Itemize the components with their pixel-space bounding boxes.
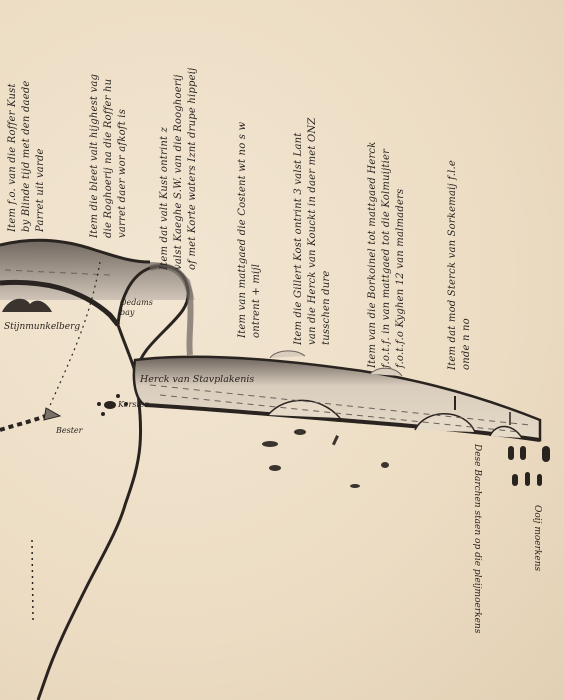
note-line: Item van die Borkoinel tot mattgaed Herc… bbox=[366, 142, 380, 369]
note-line: Item die bleet valt hijghest vag bbox=[88, 74, 102, 238]
place-label-barchen: Dese Barchen staen op die pleijmoerkens bbox=[472, 444, 482, 633]
note-line: f.o.t.f. in van mattgaed tot die Kolmuij… bbox=[380, 142, 394, 369]
note-line: Parret uit varde bbox=[34, 80, 48, 232]
note-line: by Blinde tijd met den daede bbox=[20, 80, 34, 232]
place-label-moerkens: Ooij moerkens bbox=[532, 505, 542, 571]
annotation-note-7: Item dat mod Sterck van Sorkemaij f.l.e … bbox=[446, 160, 474, 370]
note-line: ontrent + mijl bbox=[250, 122, 264, 338]
note-line: die Roghoerij na die Roffer hu bbox=[102, 74, 116, 238]
hill bbox=[2, 299, 52, 312]
marker-triangle bbox=[44, 408, 60, 420]
marsh-marks bbox=[508, 446, 550, 486]
note-line: Item die Gillert Kost ontrint 3 valst La… bbox=[292, 118, 306, 346]
annotation-note-6: Item van die Borkoinel tot mattgaed Herc… bbox=[366, 142, 408, 369]
note-line: van die Herck van Kouckt in daer met ONZ bbox=[306, 118, 320, 346]
map-canvas: Item f.o. van die Roffer Kust by Blinde … bbox=[0, 0, 564, 700]
note-line: f.o.t.f.o Kyghen 12 van malmaders bbox=[394, 142, 408, 369]
path-trail bbox=[32, 540, 33, 620]
annotation-note-5: Item die Gillert Kost ontrint 3 valst La… bbox=[292, 118, 334, 346]
note-line: Item dat mod Sterck van Sorkemaij f.l.e bbox=[446, 160, 460, 370]
annotation-note-4: Item van mattgaed die Costent wt no s w … bbox=[236, 122, 264, 338]
note-line: Item f.o. van die Roffer Kust bbox=[6, 80, 20, 232]
note-line: tusschen dure bbox=[320, 118, 334, 346]
place-label-stijnmunkelberg: Stijnmunkelberg bbox=[4, 322, 80, 332]
note-line: of met Korte waters Iznt drupe hippeij bbox=[186, 68, 200, 270]
note-line: Item dat valt Kust ontrint z bbox=[158, 68, 172, 270]
note-line: valst Kaeghe S.W. van die Rooghoerij bbox=[172, 68, 186, 270]
note-line: varret daer wor afkoft is bbox=[116, 74, 130, 238]
place-label-kerster: Kerster bbox=[118, 400, 148, 409]
place-label-oedams: Oedams bay bbox=[120, 298, 160, 318]
annotation-note-2: Item die bleet valt hijghest vag die Rog… bbox=[88, 74, 130, 238]
river-course bbox=[38, 325, 141, 700]
place-label-bester: Bester bbox=[56, 426, 83, 435]
annotation-note-1: Item f.o. van die Roffer Kust by Blinde … bbox=[6, 80, 48, 232]
note-line: onde n no bbox=[460, 160, 474, 370]
road bbox=[0, 415, 48, 430]
note-line: Item van mattgaed die Costent wt no s w bbox=[236, 122, 250, 338]
place-label-kerck: Herck van Stavplakenis bbox=[140, 374, 254, 385]
annotation-note-3: Item dat valt Kust ontrint z valst Kaegh… bbox=[158, 68, 200, 270]
